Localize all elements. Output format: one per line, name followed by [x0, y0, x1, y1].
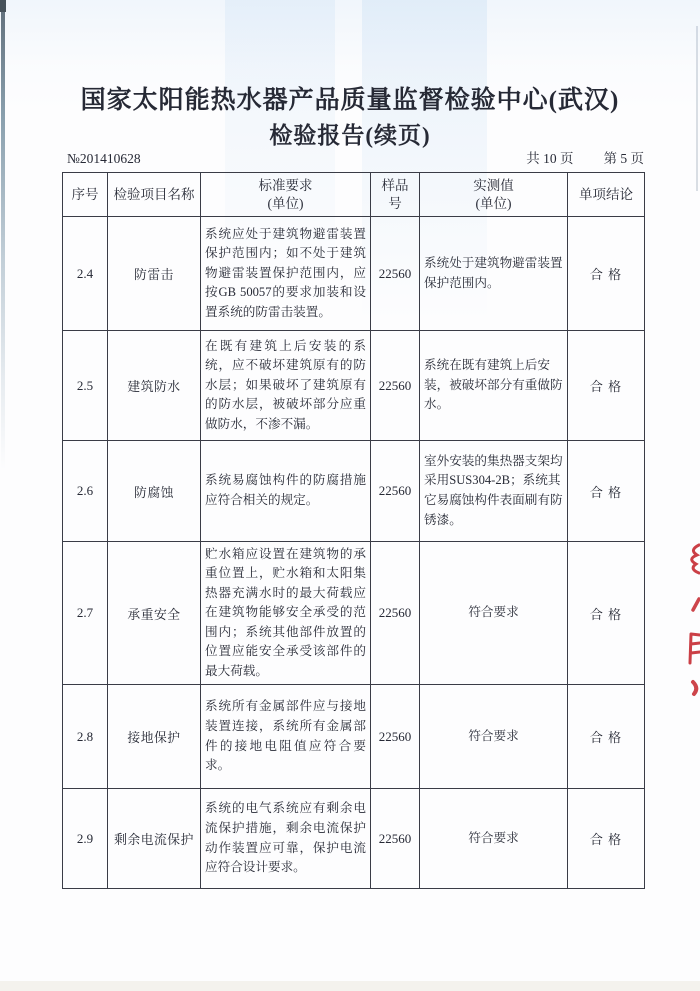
red-stamp-fragment-icon	[686, 631, 700, 667]
row-item-name: 防雷击	[108, 217, 201, 331]
table-row: 2.6 防腐蚀 系统易腐蚀构件的防腐措施应符合相关的规定。 22560 室外安装…	[63, 441, 645, 542]
row-no: 2.5	[63, 331, 108, 441]
row-sample-no: 22560	[371, 331, 420, 441]
col-header-requirement-unit: (单位)	[205, 195, 366, 213]
current-page: 第 5 页	[604, 147, 645, 167]
row-measured-value: 符合要求	[420, 542, 568, 685]
table-row: 2.7 承重安全 贮水箱应设置在建筑物的承重位置上，贮水箱和太阳集热器充满水时的…	[63, 542, 645, 685]
report-number: №201410628	[62, 151, 141, 167]
table-row: 2.5 建筑防水 在既有建筑上后安装的系统，应不破坏建筑原有的防水层；如果破坏了…	[63, 331, 645, 441]
row-result: 合 格	[568, 441, 645, 542]
red-stamp-fragment-icon	[687, 542, 700, 578]
row-standard-requirement: 系统应处于建筑物避雷装置保护范围内；如不处于建筑物避雷装置保护范围内，应按GB …	[201, 217, 371, 331]
scan-edge-left-cap	[0, 0, 6, 12]
row-sample-no: 22560	[371, 685, 420, 789]
row-measured-value: 室外安装的集热器支架均采用SUS304-2B；系统其它易腐蚀构件表面刷有防锈漆。	[420, 441, 568, 542]
row-sample-no: 22560	[371, 441, 420, 542]
scanned-report-page: 国家太阳能热水器产品质量监督检验中心(武汉) 检验报告(续页) №2014106…	[0, 0, 700, 991]
row-item-name: 建筑防水	[108, 331, 201, 441]
inspection-table: 序号 检验项目名称 标准要求 (单位) 样品号 实测值 (单位) 单项结论 2.…	[62, 172, 645, 889]
row-result: 合 格	[568, 542, 645, 685]
page-indicator: 共 10 页 第 5 页	[526, 147, 644, 167]
row-measured-value: 系统处于建筑物避雷装置保护范围内。	[420, 217, 568, 331]
row-no: 2.6	[63, 441, 108, 542]
row-sample-no: 22560	[371, 542, 420, 685]
row-no: 2.7	[63, 542, 108, 685]
row-result: 合 格	[568, 217, 645, 331]
row-sample-no: 22560	[371, 789, 420, 889]
total-pages: 共 10 页	[526, 147, 573, 167]
col-header-requirement-line1: 标准要求	[205, 177, 366, 195]
col-header-measured-line1: 实测值	[424, 177, 563, 195]
scan-edge-left	[1, 0, 5, 470]
table-row: 2.8 接地保护 系统所有金属部件应与接地装置连接，系统所有金属部件的接地电阻值…	[63, 685, 645, 789]
row-measured-value: 系统在既有建筑上后安装，被破坏部分有重做防水。	[420, 331, 568, 441]
col-header-measured-unit: (单位)	[424, 195, 563, 213]
table-header-row: 序号 检验项目名称 标准要求 (单位) 样品号 实测值 (单位) 单项结论	[63, 173, 645, 217]
row-item-name: 承重安全	[108, 542, 201, 685]
row-standard-requirement: 系统的电气系统应有剩余电流保护措施，剩余电流保护动作装置应可靠，保护电流应符合设…	[201, 789, 371, 889]
table-row: 2.9 剩余电流保护 系统的电气系统应有剩余电流保护措施，剩余电流保护动作装置应…	[63, 789, 645, 889]
row-standard-requirement: 系统所有金属部件应与接地装置连接，系统所有金属部件的接地电阻值应符合要求。	[201, 685, 371, 789]
row-result: 合 格	[568, 331, 645, 441]
report-meta-line: №201410628 共 10 页 第 5 页	[62, 147, 644, 167]
row-item-name: 剩余电流保护	[108, 789, 201, 889]
row-standard-requirement: 在既有建筑上后安装的系统，应不破坏建筑原有的防水层；如果破坏了建筑原有的防水层，…	[201, 331, 371, 441]
row-standard-requirement: 系统易腐蚀构件的防腐措施应符合相关的规定。	[201, 441, 371, 542]
table-row: 2.4 防雷击 系统应处于建筑物避雷装置保护范围内；如不处于建筑物避雷装置保护范…	[63, 217, 645, 331]
row-sample-no: 22560	[371, 217, 420, 331]
row-no: 2.9	[63, 789, 108, 889]
red-stamp-fragment-icon	[690, 679, 700, 697]
row-standard-requirement: 贮水箱应设置在建筑物的承重位置上，贮水箱和太阳集热器充满水时的最大荷载应在建筑物…	[201, 542, 371, 685]
report-subtitle: 检验报告(续页)	[0, 117, 700, 150]
row-no: 2.4	[63, 217, 108, 331]
report-center-title: 国家太阳能热水器产品质量监督检验中心(武汉)	[0, 80, 700, 116]
col-header-result: 单项结论	[568, 173, 645, 217]
col-header-item: 检验项目名称	[108, 173, 201, 217]
red-stamp-fragment-icon	[691, 597, 700, 612]
col-header-no: 序号	[63, 173, 108, 217]
row-result: 合 格	[568, 685, 645, 789]
row-measured-value: 符合要求	[420, 685, 568, 789]
row-no: 2.8	[63, 685, 108, 789]
row-measured-value: 符合要求	[420, 789, 568, 889]
row-result: 合 格	[568, 789, 645, 889]
col-header-sample: 样品号	[371, 173, 420, 217]
row-item-name: 接地保护	[108, 685, 201, 789]
col-header-measured: 实测值 (单位)	[420, 173, 568, 217]
col-header-requirement: 标准要求 (单位)	[201, 173, 371, 217]
scan-edge-bottom	[0, 981, 700, 991]
row-item-name: 防腐蚀	[108, 441, 201, 542]
